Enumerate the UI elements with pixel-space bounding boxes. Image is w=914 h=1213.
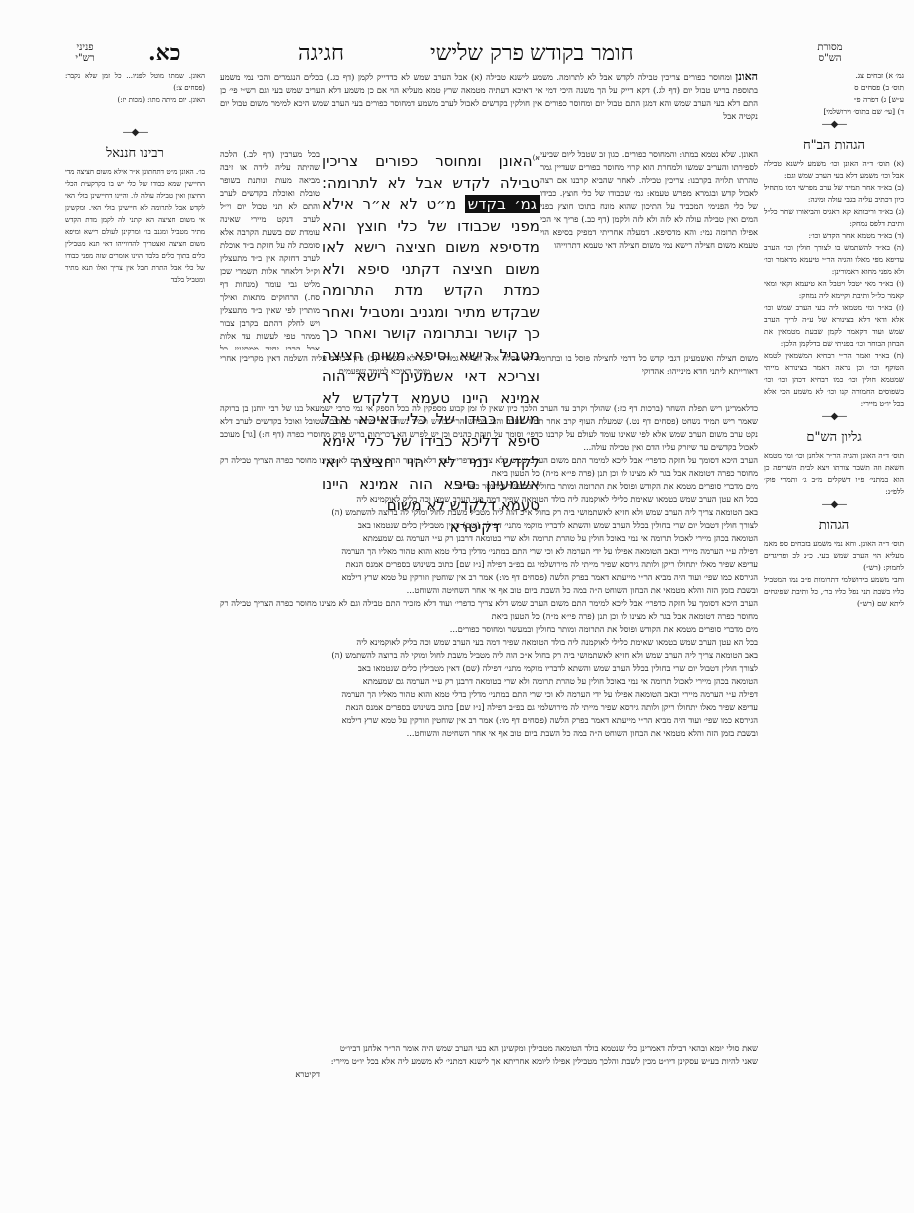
tosafot-line: לצורך חולין דטבול יום שרי בחולין בכלל הע…: [220, 662, 758, 675]
tosafot-line: לצורך חולין דטבול יום שרי בחולין בכלל הע…: [220, 519, 758, 532]
masoret-hashas-label: מסורת הש"ס: [800, 42, 860, 64]
tosafot-line: דפילה ע״י הערמה מיירי ובאב הטומאה אפילו …: [220, 688, 758, 701]
masoret-entry: ע״ש] ג) דפרה פ״: [764, 94, 904, 106]
hagahot-title: הגהות: [764, 516, 904, 536]
gilyon-hashas-title: גליון הש"ם: [764, 428, 904, 448]
ornament-divider-icon: —◆—: [764, 118, 904, 132]
tosafot-wide: כדלאמרינן ריש תפלת השחר (ברכות דף כז:) ש…: [220, 402, 758, 1042]
folio-number: כא.: [148, 40, 181, 66]
tosafot-line: הגירסא כמו שפי׳ ועוד היה מביא הר״י מייעת…: [220, 714, 758, 727]
rabbeinu-chananel-title: רבינו חננאל: [65, 144, 205, 164]
tosafot-line: עדיפא שפיר מאלו יתחולו ריקן ולותה גירסא …: [220, 701, 758, 714]
peninei-rashi-label: פניני רש"י: [60, 42, 110, 64]
tosafot-line: הערב היכא דסומך על חזקה כדפרי׳ אבל ליכא …: [220, 597, 758, 623]
hagahot-entry: תוס׳ ד״ה האונן. וחא נמי משמע בזבחים ספ מ…: [764, 538, 904, 574]
talmud-page: מסורת הש"ס חומר בקודש פרק שלישי חגיגה כא…: [0, 0, 914, 1213]
masoret-entry: תוס׳ ב) פסחים ס: [764, 82, 904, 94]
tosafot-line: עדיפא שפיר מאלו יתחולו ריקן ולותה גירסא …: [220, 558, 758, 571]
hagahot-entry: וחבי משמע בירושלמי דתרומות פ״ב נמו המטבי…: [764, 574, 904, 610]
tosafot-dibur-hamatchil: האונן: [735, 70, 758, 83]
tosafot-ending-line: שאני להיות בע״ש עסקינן דיו״ט מכין לשבת ו…: [220, 1055, 758, 1068]
hagahot-bach-entry: (ב) בא״ד אחר תמיד של ערב מפרשי דמו מתחיל…: [764, 182, 904, 206]
catchword-text: דקיטרא: [295, 1069, 320, 1079]
rashi-tail: משום חצילה ואשמעינן דגבי קדש כל דדמי לחצ…: [440, 352, 758, 400]
peninei-rashi-entry: האונן. שמתו מוטל לפניו... כל זמן שלא נקב…: [65, 70, 205, 94]
tosafot-line: מים מדברי סופרים מטמא את הקודש ופוסל את …: [220, 480, 758, 493]
right-margin: גמ׳ א) זבחים צג. תוס׳ ב) פסחים ס ע״ש] ג)…: [764, 70, 904, 610]
left-margin: האונן. שמתו מוטל לפניו... כל זמן שלא נקב…: [65, 70, 205, 286]
tosafot-line: בכל הא עטן הערב שמש בטמאו שאימת כלילי לא…: [220, 493, 758, 506]
tosafot-line: בכל הא עטן הערב שמש בטמאו שאימת כלילי לא…: [220, 636, 758, 649]
gemara-heading-highlight: גמ׳ בקדש: [465, 195, 540, 213]
hagahot-bach-entry: (ה) בא״ד להשתמש בו לצורך חולין וכו׳ הערב…: [764, 242, 904, 278]
tosafot-opening: האונן ומחוסר כפורים צריכין טבילה לקדש אב…: [220, 70, 758, 148]
rabbeinu-chananel-text: בו׳. האונן מ״ט דתחתונן א״ר אילא משום חצי…: [65, 166, 205, 286]
page-header: מסורת הש"ס חומר בקודש פרק שלישי חגיגה כא…: [60, 40, 860, 70]
tosafot-line: דפילה ע״י הערמה מיירי ובאב הטומאה אפילו …: [220, 545, 758, 558]
hagahot-bach-entry: (ח) בא״ד ואמר הר״י רבחיא המשמאין לטמא הט…: [764, 350, 904, 410]
tosafot-column-mid-text: דמו לא תשמרי (ב) כיון דכתיב עליה השלמה ד…: [220, 352, 430, 378]
peninei-rashi-entry: האונן. יום מיתה מתו: (מכות יז:): [65, 94, 205, 106]
hagahot-bach-entry: (א) תוס׳ ד״ה האונן וכו׳ משמע לישנא טבילה…: [764, 158, 904, 182]
tosafot-line: הגירסא כמו שפי׳ ועוד היה מביא הר״י מייעת…: [220, 571, 758, 584]
hagahot-bach-entry: (ד) בא״ד מטמא אחר הקדש וכו׳:: [764, 230, 904, 242]
hagahot-bach-entry: (ז) בא״ד ומי מטמאו ליה בעי הערב שמש וכו׳…: [764, 302, 904, 350]
rashi-text: האונן. שלא נטמא במתו: והמחוסר כפורים. כג…: [540, 148, 758, 252]
tosafot-line: ובשבת בזמן הזה והלא מטמאי את הבחון השוחט…: [220, 584, 758, 597]
gemara-marker: א): [533, 154, 540, 162]
tosafot-ending-line: שאת סולי יומא ובהאי דבילה דאמרינן כלי שנ…: [220, 1042, 758, 1055]
ornament-divider-icon: —◆—: [764, 410, 904, 424]
gilyon-hashas-text: תוס׳ ד״ה האונן והגיה הר״ר אלחנן וכו׳ ומי…: [764, 450, 904, 498]
tosafot-line: הטומאה בכהן מיירי לאכול תרומה אי נמי באו…: [220, 532, 758, 545]
tosafot-line: הערב היכא דסומך על חזקה כדפרי׳ אבל ליכא …: [220, 454, 758, 480]
tosafot-column-mid: דמו לא תשמרי (ב) כיון דכתיב עליה השלמה ד…: [220, 352, 430, 400]
catchword: דקיטרא: [240, 1068, 320, 1082]
hagahot-bach-title: הגהות הב"ח: [764, 136, 904, 156]
tractate-name: חגיגה: [298, 40, 344, 66]
tosafot-paragraph: כדלאמרינן ריש תפלת השחר (ברכות דף כז:) ש…: [220, 402, 758, 454]
rashi-tail-text: משום חצילה ואשמעינן דגבי קדש כל דדמי לחצ…: [440, 352, 758, 378]
tosafot-column-top: בכל מערבין (דף לב.) הלכה שהיתה עליה לידה…: [220, 148, 320, 350]
tosafot-opening-text: ומחוסר כפורים צריכין טבילה לקדש אבל לא ל…: [220, 72, 758, 121]
chapter-number: פרק שלישי: [430, 40, 524, 66]
tosafot-line: הטומאה בכהן מיירי לאכול תרומה אי נמי באו…: [220, 675, 758, 688]
tosafot-line: ובשבת בזמן הזה והלא מטמאי את הבחון השוחט…: [220, 727, 758, 740]
tosafot-column-text: בכל מערבין (דף לב.) הלכה שהיתה עליה לידה…: [220, 148, 320, 350]
tosafot-line: מים מדברי סופרים מטמא את הקודש ופוסל את …: [220, 623, 758, 636]
hagahot-bach-entry: (ו) בא״ד מאי יטבל ויטבל הא טיעמא וקאי ומ…: [764, 278, 904, 302]
ornament-divider-icon: —◆—: [65, 126, 205, 140]
chapter-name: חומר בקודש: [530, 40, 634, 66]
tosafot-line: באב הטומאה צריך ליה הערב שמש ולא חזיא לא…: [220, 649, 758, 662]
mishnah-text: האונן ומחוסר כפורים צריכין טבילה לקדש אב…: [322, 152, 540, 192]
tosafot-line: באב הטומאה צריך ליה הערב שמש ולא חזיא לא…: [220, 506, 758, 519]
rashi-commentary: האונן. שלא נטמא במתו: והמחוסר כפורים. כג…: [540, 148, 758, 350]
masoret-entry: גמ׳ א) זבחים צג.: [764, 70, 904, 82]
hagahot-bach-entry: (ג) בא״ד וריבותא קא ראגיס והביאורו שחר כ…: [764, 206, 904, 230]
ornament-divider-icon: —◆—: [764, 498, 904, 512]
masoret-entry: ד) [עי׳ שם בתוס׳ וירושלמי]: [764, 106, 904, 118]
